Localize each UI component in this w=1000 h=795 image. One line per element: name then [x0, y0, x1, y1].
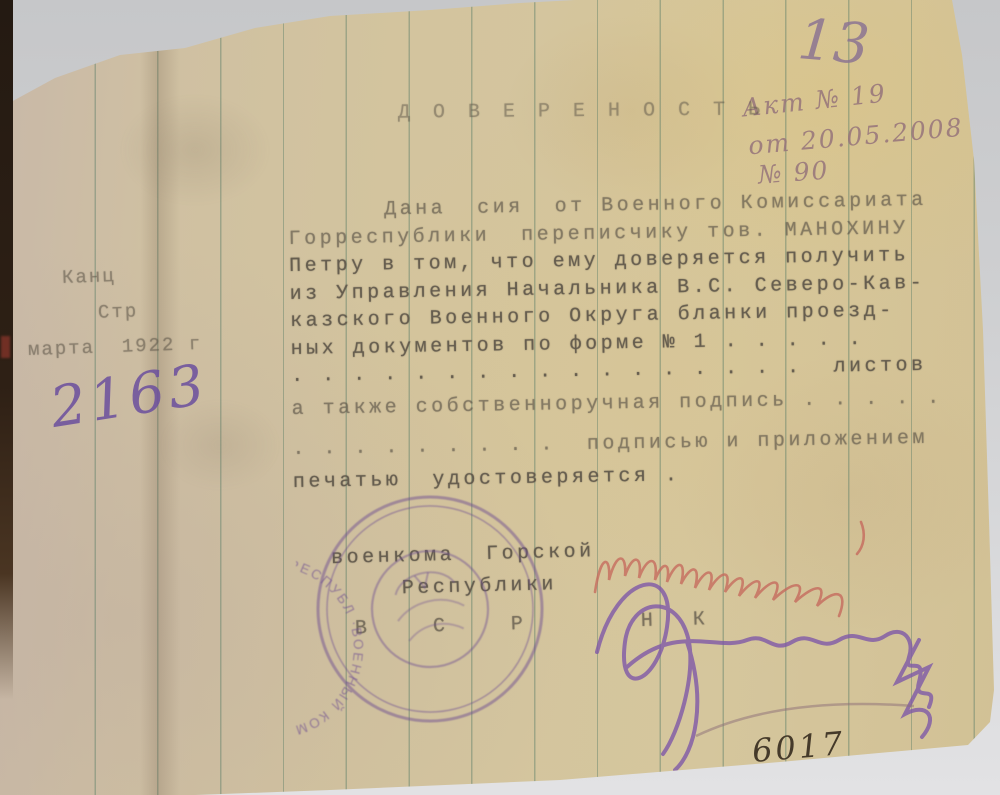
official-stamp: ВОЕННЫЙ КОМИССАРИАТ · ГОРСКОЙ СОЦ. СОВ. …: [296, 480, 564, 738]
margin-note: Стр: [98, 300, 139, 323]
inventory-number: 6017: [751, 724, 847, 770]
body-line: а также собственноручная подпись . . . .…: [291, 384, 942, 423]
archive-note-line: № 90: [757, 156, 830, 190]
ink-ghost-smudge: [120, 95, 270, 205]
body-line: . . . . . . . . . подписью и приложением: [292, 425, 943, 464]
margin-note: Канц: [62, 265, 116, 289]
stamp-ring-text: ВОЕННЫЙ КОМИССАРИАТ · ГОРСКОЙ СОЦ. СОВ. …: [296, 535, 386, 738]
document-title: Д О В Е Р Е Н О С Т Ь: [398, 98, 766, 124]
svg-text:ВОЕННЫЙ КОМИССАРИАТ · ГОРСКОЙ: ВОЕННЫЙ КОМИССАРИАТ · ГОРСКОЙ СОЦ. СОВ. …: [296, 535, 386, 738]
document-body: Дана сия от Военного Комиссариата Горрес…: [288, 187, 944, 496]
document-page: 13 Акт № 19 от 20.05.2008 № 90 Д О В Е Р…: [0, 0, 1000, 795]
signature-red: [595, 522, 864, 616]
spine-red-mark: [1, 336, 10, 358]
stamp-emblem: [392, 566, 454, 597]
archival-photo: 13 Акт № 19 от 20.05.2008 № 90 Д О В Е Р…: [0, 0, 1000, 795]
page-number: 13: [795, 7, 872, 78]
